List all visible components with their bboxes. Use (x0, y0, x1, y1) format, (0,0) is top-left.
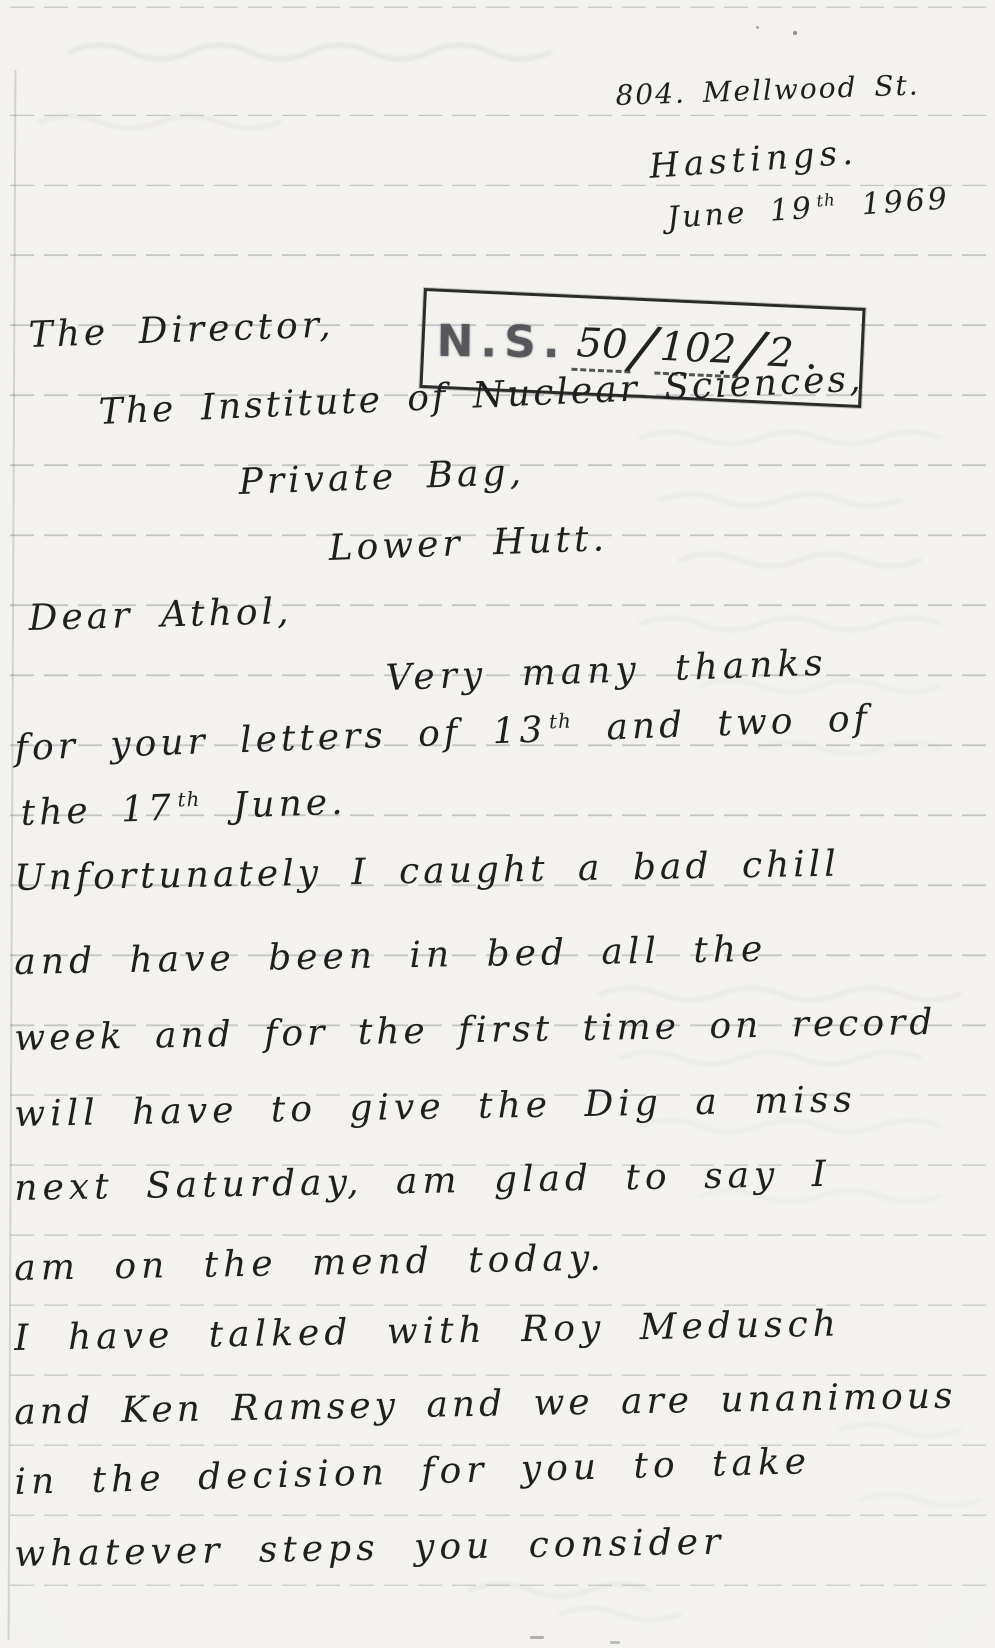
ink-speck (756, 26, 759, 29)
scan-mark (530, 1636, 544, 1639)
salutation: Dear Athol, (28, 591, 293, 639)
ordinal-suffix: th (174, 788, 203, 812)
ns-stamp-text: N.S. (436, 315, 566, 367)
ordinal-suffix: th (546, 709, 575, 733)
scanned-letter-page: 804. Mellwood St. Hastings. June 19th 19… (0, 0, 995, 1648)
scan-mark (610, 1641, 620, 1644)
file-number-part-1: 50 (571, 319, 632, 373)
ink-speck (793, 31, 797, 35)
date-ordinal-suffix: th (813, 190, 840, 211)
